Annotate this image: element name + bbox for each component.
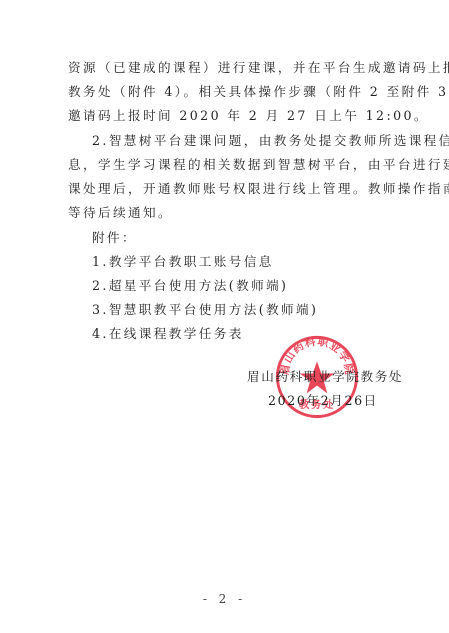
body-text-line: 2.智慧树平台建课问题，由教务处提交教师所选课程信 (92, 133, 449, 149)
page-number: - 2 - (0, 592, 449, 606)
attachment-item: 2.超星平台使用方法(教师端) (92, 278, 288, 294)
attachment-item: 1.教学平台教职工账号信息 (92, 254, 274, 270)
attachment-item: 4.在线课程教学任务表 (92, 326, 244, 342)
body-text-line: 等待后续通知。 (68, 205, 173, 221)
attachments-heading: 附件： (92, 230, 137, 246)
body-text-line: 资源（已建成的课程）进行建课，并在平台生成邀请码上报 (68, 60, 449, 76)
body-text-line: 息，学生学习课程的相关数据到智慧树平台，由平台进行建 (68, 157, 449, 173)
body-text-line: 邀请码上报时间 2020 年 2 月 27 日上午 12:00。 (68, 108, 429, 124)
attachment-item: 3.智慧职教平台使用方法(教师端) (92, 302, 318, 318)
issue-date: 2020年2月26日 (268, 393, 378, 409)
body-text-line: 课处理后，开通教师账号权限进行线上管理。教师操作指南 (68, 181, 449, 197)
issuer-signature: 眉山药科职业学院教务处 (247, 369, 403, 385)
body-text-line: 教务处（附件 4）。相关具体操作步骤（附件 2 至附件 3）。 (68, 84, 449, 100)
